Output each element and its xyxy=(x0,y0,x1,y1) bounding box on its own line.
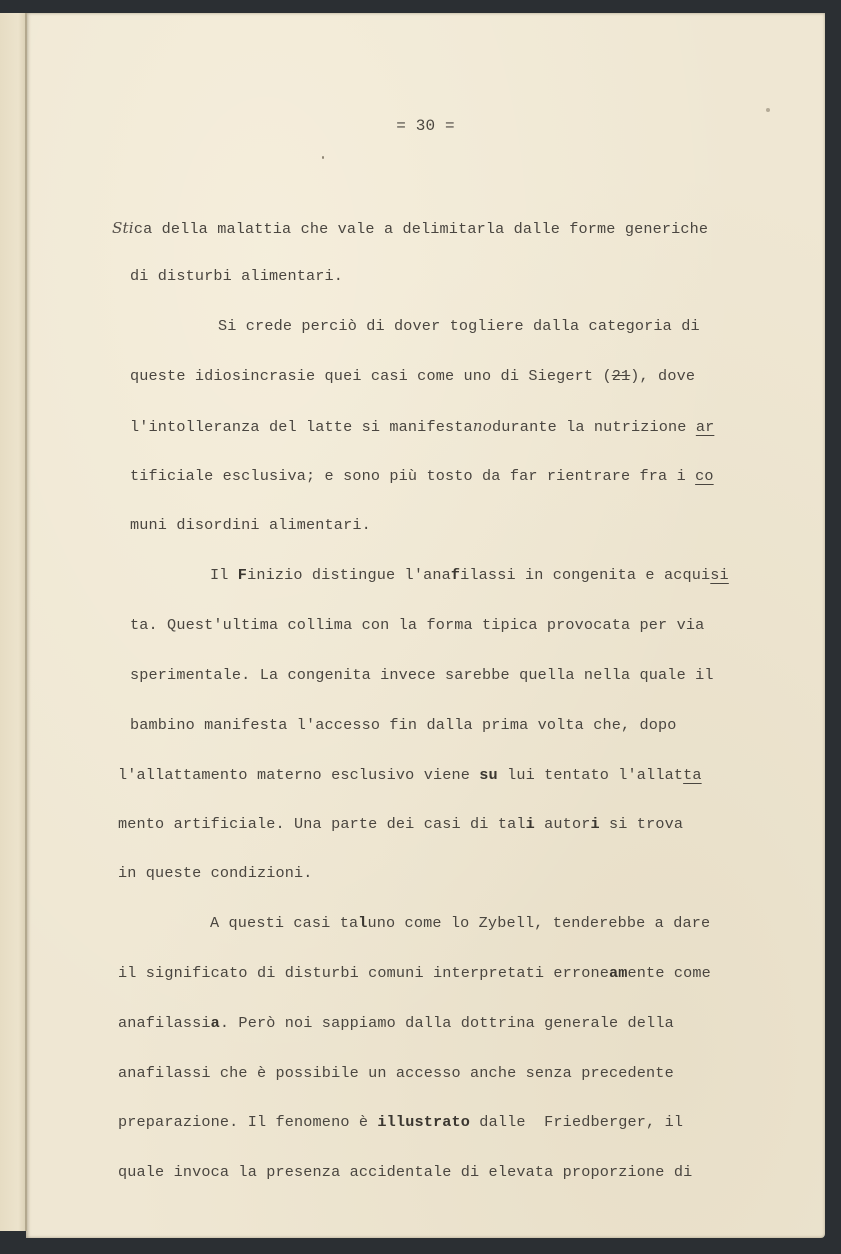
text-line: in queste condizioni. xyxy=(118,864,313,882)
text-line: tificiale esclusiva; e sono più tosto da… xyxy=(130,467,714,485)
text-segment: F xyxy=(238,566,247,584)
text-segment: durante la nutrizione xyxy=(492,418,696,436)
text-line: di disturbi alimentari. xyxy=(130,267,343,285)
text-segment: a xyxy=(211,1014,220,1032)
text-line: sperimentale. La congenita invece sarebb… xyxy=(130,666,714,684)
text-segment: preparazione. Il fenomeno è xyxy=(118,1113,377,1131)
text-segment: anafilassi che è possibile un accesso an… xyxy=(118,1064,674,1082)
text-segment: ta. Quest'ultima collima con la forma ti… xyxy=(130,616,704,634)
text-segment: ), dove xyxy=(630,367,695,385)
text-segment: uno come lo Zybell, tenderebbe a dare xyxy=(368,914,711,932)
ink-speck xyxy=(766,108,770,112)
binding-fold xyxy=(25,13,27,1231)
previous-page-edge xyxy=(0,13,26,1231)
text-line: Si crede perciò di dover togliere dalla … xyxy=(218,317,700,335)
text-segment: di disturbi alimentari. xyxy=(130,267,343,285)
text-segment: il significato di disturbi comuni interp… xyxy=(118,964,609,982)
text-line: ta. Quest'ultima collima con la forma ti… xyxy=(130,616,704,634)
text-line: preparazione. Il fenomeno è illustrato d… xyxy=(118,1113,683,1131)
text-segment: ca della malattia che vale a delimitarla… xyxy=(134,220,708,238)
text-line: il significato di disturbi comuni interp… xyxy=(118,964,711,982)
text-line: l'intolleranza del latte si manifestanod… xyxy=(130,417,714,436)
text-segment: muni disordini alimentari. xyxy=(130,516,371,534)
text-line: A questi casi taluno come lo Zybell, ten… xyxy=(210,914,710,932)
text-segment: in queste condizioni. xyxy=(118,864,313,882)
text-line: quale invoca la presenza accidentale di … xyxy=(118,1163,692,1181)
text-segment: i xyxy=(590,815,599,833)
text-line: queste idiosincrasie quei casi come uno … xyxy=(130,367,695,385)
text-segment: f xyxy=(451,566,460,584)
text-segment: lui tentato l'allat xyxy=(498,766,683,784)
text-segment: am xyxy=(609,964,628,982)
text-segment: ar xyxy=(696,418,715,436)
text-segment: l xyxy=(358,914,367,932)
text-segment: queste idiosincrasie quei casi come uno … xyxy=(130,367,612,385)
document-page: = 30 = Stica della malattia che vale a d… xyxy=(26,13,825,1238)
text-line: mento artificiale. Una parte dei casi di… xyxy=(118,815,683,833)
text-segment: co xyxy=(695,467,714,485)
text-segment: inizio distingue l'ana xyxy=(247,566,451,584)
text-segment: . Però noi sappiamo dalla dottrina gener… xyxy=(220,1014,674,1032)
text-line: l'allattamento materno esclusivo viene s… xyxy=(118,766,702,784)
handwritten-correction: no xyxy=(473,417,492,435)
text-segment: ente come xyxy=(628,964,711,982)
text-segment: A questi casi ta xyxy=(210,914,358,932)
text-segment: Si crede perciò di dover togliere dalla … xyxy=(218,317,700,335)
text-segment: si xyxy=(710,566,729,584)
text-line: Stica della malattia che vale a delimita… xyxy=(112,219,708,238)
text-segment: illustrato xyxy=(377,1113,470,1131)
text-segment: quale invoca la presenza accidentale di … xyxy=(118,1163,692,1181)
text-segment: mento artificiale. Una parte dei casi di… xyxy=(118,815,526,833)
text-segment: dalle Friedberger, il xyxy=(470,1113,683,1131)
text-line: bambino manifesta l'accesso fin dalla pr… xyxy=(130,716,677,734)
text-line: Il Finizio distingue l'anafilassi in con… xyxy=(210,566,729,584)
text-segment: autor xyxy=(535,815,591,833)
text-line: anafilassi che è possibile un accesso an… xyxy=(118,1064,674,1082)
text-line: muni disordini alimentari. xyxy=(130,516,371,534)
text-segment: tificiale esclusiva; e sono più tosto da… xyxy=(130,467,695,485)
text-segment: l'allattamento materno esclusivo viene xyxy=(118,766,479,784)
text-segment: su xyxy=(479,766,498,784)
text-segment: bambino manifesta l'accesso fin dalla pr… xyxy=(130,716,677,734)
handwritten-correction: Sti xyxy=(112,219,134,237)
text-line: anafilassia. Però noi sappiamo dalla dot… xyxy=(118,1014,674,1032)
text-segment: ta xyxy=(683,766,702,784)
text-segment: anafilassi xyxy=(118,1014,211,1032)
text-segment: i xyxy=(526,815,535,833)
ink-speck xyxy=(322,156,324,159)
page-number: = 30 = xyxy=(26,117,825,135)
text-segment: ilassi in congenita e acqui xyxy=(460,566,710,584)
text-segment: l'intolleranza del latte si manifesta xyxy=(130,418,473,436)
text-segment: si trova xyxy=(600,815,683,833)
text-segment: Il xyxy=(210,566,238,584)
text-segment: sperimentale. La congenita invece sarebb… xyxy=(130,666,714,684)
text-segment: 21 xyxy=(612,367,631,385)
